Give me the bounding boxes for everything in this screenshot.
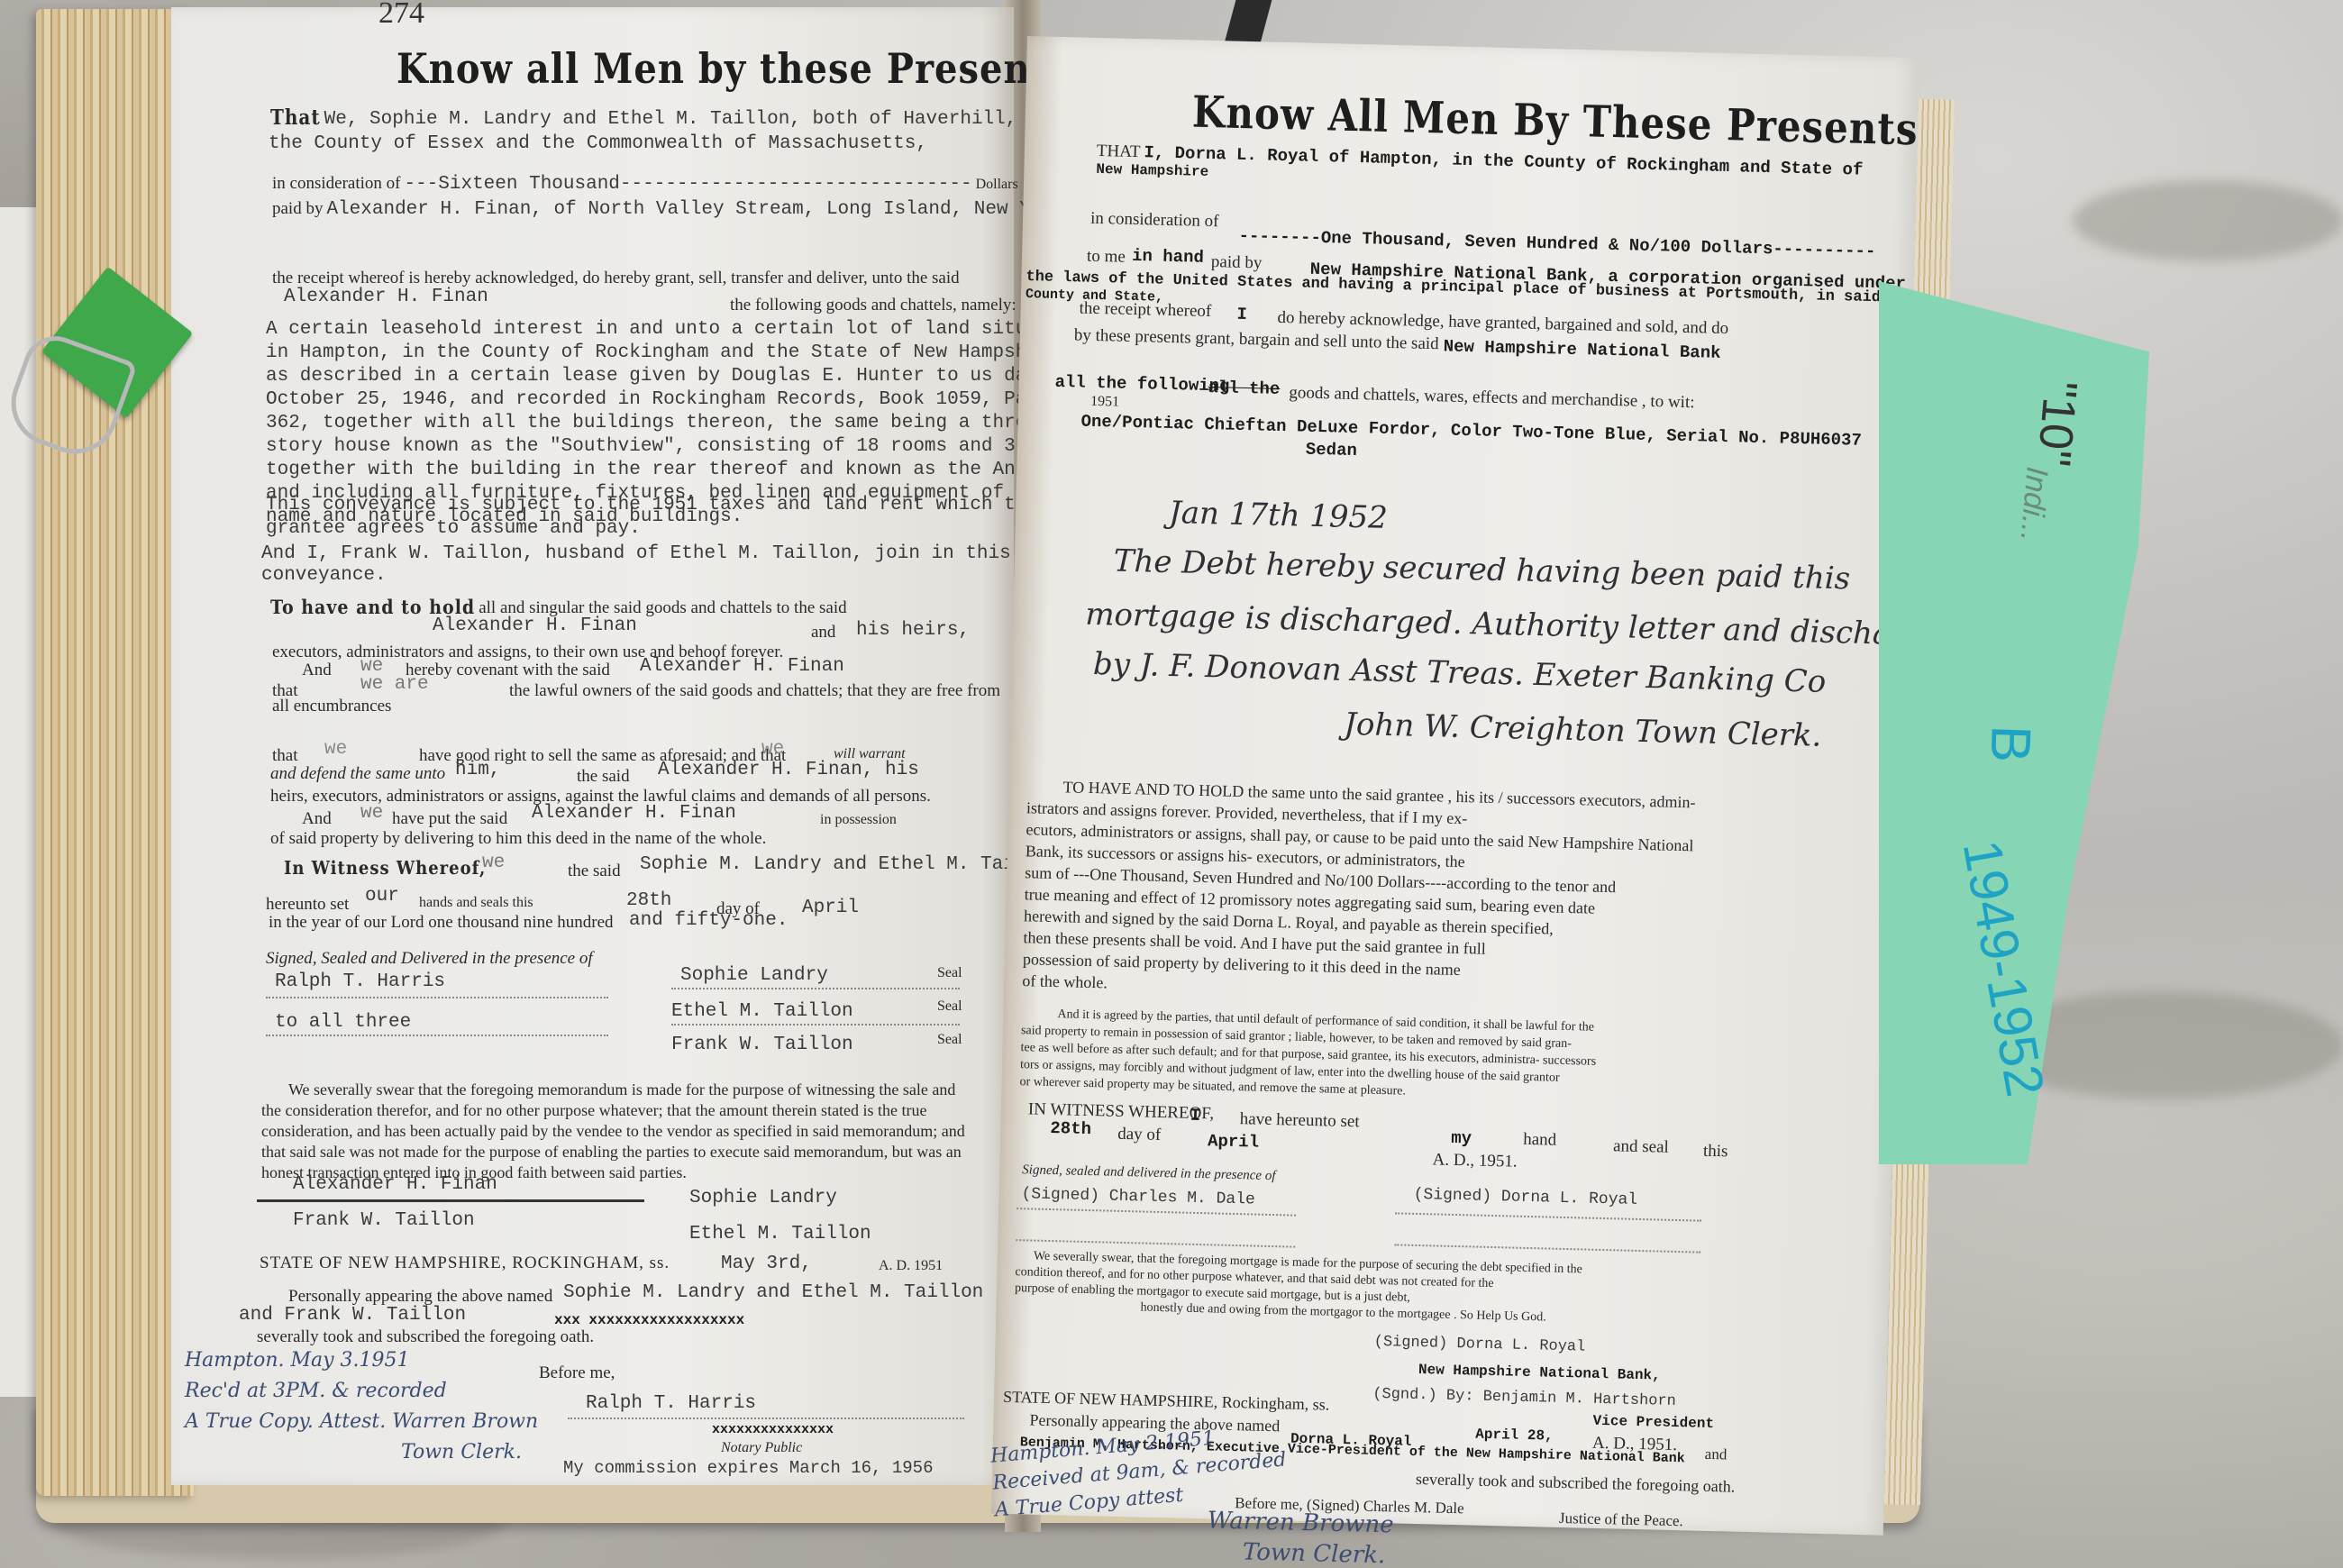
bank-name: New Hampshire National Bank, [1418, 1362, 1661, 1384]
goods-label: the following goods and chattels, namely… [730, 296, 1017, 315]
signature-line [1394, 1244, 1700, 1253]
husband-clause: And I, Frank W. Taillon, husband of Ethe… [261, 543, 1011, 587]
witness-ad: A. D., 1951. [1432, 1150, 1517, 1171]
paid-by-label: paid by [1211, 252, 1263, 273]
and-label: And [302, 661, 332, 680]
witness-signature: to all three [275, 1012, 411, 1033]
paid-by-value: Alexander H. Finan, of North Valley Stre… [326, 199, 1064, 220]
bank-signatory: (Sgnd.) By: Benjamin M. Hartshorn [1372, 1386, 1676, 1410]
habendum-grantee: Alexander H. Finan [433, 615, 637, 636]
signed-label: Signed, Sealed and Delivered in the pres… [266, 949, 593, 969]
to-me-label: to me [1087, 247, 1126, 268]
defend-grantee: Alexander H. Finan, his [658, 760, 919, 780]
witness-month: April [802, 898, 859, 918]
covenant-text: hereby covenant with the said [406, 661, 610, 680]
seal-label: Seal [937, 1032, 962, 1048]
notary-title: Notary Public [721, 1440, 802, 1456]
witness-signature: (Signed) Charles M. Dale [1021, 1185, 1255, 1208]
officer-name: Ralph T. Harris [586, 1393, 756, 1414]
item-description: One/Pontiac Chieftan DeLuxe Fordor, Colo… [1080, 412, 1862, 451]
and-label: and [811, 623, 835, 643]
right-page: Know All Men By These Presents THAT I, D… [991, 36, 1919, 1536]
ack-date: April 28, [1475, 1427, 1554, 1445]
struck-all-the: all the [1208, 378, 1280, 399]
before-me-label: Before me, [539, 1363, 615, 1383]
that-label: that [272, 746, 298, 766]
possession-text: in possession [820, 812, 897, 828]
paid-by-label: paid by [272, 199, 323, 218]
commission-expiry: My commission expires March 16, 1956 [563, 1458, 933, 1478]
page-number: 274 [378, 0, 424, 31]
year-label: in the year of our Lord one thousand nin… [269, 913, 614, 933]
grantee: New Hampshire National Bank [1443, 336, 1720, 363]
typed-we: we [761, 739, 784, 760]
oath-signature: Frank W. Taillon [293, 1210, 475, 1231]
binder-clip-top [1225, 0, 1272, 43]
typed-we: we [482, 852, 505, 873]
encumbrances-text: all encumbrances [272, 697, 391, 716]
signature-line [671, 988, 960, 989]
hand-label: hand [1523, 1130, 1556, 1151]
sticky-letter: B [1977, 725, 2042, 764]
receipt-label: the receipt whereof [1079, 299, 1211, 323]
left-page: 274 Know all Men by these Presents, That… [171, 7, 1014, 1485]
consideration-label: in consideration of [1090, 209, 1219, 232]
party-signature: Ethel M. Taillon [671, 1001, 853, 1022]
witness-signature: Ralph T. Harris [275, 971, 445, 992]
witness-names: Sophie M. Landry and Ethel M. Taillon [640, 854, 1060, 875]
grantor-state: New Hampshire [1096, 161, 1208, 180]
oath-signature: (Signed) Dorna L. Royal [1373, 1334, 1585, 1356]
set-label: have hereunto set [1239, 1109, 1359, 1132]
appearing-text: Personally appearing the above named [288, 1287, 552, 1307]
ack-date: May 3rd, [721, 1253, 812, 1274]
defend-text: and defend the same unto [270, 764, 445, 783]
set-label: hereunto set [266, 895, 349, 915]
struck-text: xxx xxxxxxxxxxxxxxxxxx [554, 1312, 744, 1328]
sticky-faint-text: Indi... [2013, 465, 2055, 542]
typed-my: my [1451, 1128, 1472, 1149]
ad-label: A. D. 1951 [879, 1258, 943, 1274]
discharge-note-line: The Debt hereby secured having been paid… [1113, 543, 1850, 597]
grantee: Alexander H. Finan [284, 287, 488, 307]
witness-year: and fifty-one. [629, 910, 788, 931]
and-label: and [1705, 1445, 1728, 1464]
the-said-label: the said [577, 767, 630, 787]
typed-our: our [365, 886, 399, 907]
that-label: THAT [1097, 141, 1141, 161]
day-of-label: day of [1117, 1125, 1162, 1145]
party-signature: Sophie Landry [680, 965, 828, 986]
consideration-label: in consideration of [272, 174, 400, 193]
signature-line [266, 1035, 608, 1036]
delivering-text: of said property by delivering to him th… [270, 829, 766, 849]
hands-seals-text: hands and seals this [419, 895, 533, 911]
signed-label: Signed, sealed and delivered in the pres… [1022, 1162, 1276, 1184]
oath-text: severally took and subscribed the forego… [257, 1327, 594, 1347]
heirs: his heirs, [856, 620, 970, 641]
typed-him: him, [455, 760, 500, 780]
dollars-label: Dollars [976, 177, 1018, 192]
discharge-note-line: by J. F. Donovan Asst Treas. Exeter Bank… [1093, 646, 1827, 700]
habendum-text: all and singular the said goods and chat… [479, 598, 846, 617]
typed-i: I [1190, 1106, 1201, 1126]
seal-label: Seal [937, 965, 962, 981]
witness-day: 28th [1050, 1118, 1091, 1139]
appearing-names-2: and Frank W. Taillon [239, 1305, 466, 1326]
oath-signature: Sophie Landry [689, 1188, 837, 1208]
oath-signature: Ethel M. Taillon [689, 1224, 871, 1244]
memorandum-oath: We severally swear that the foregoing me… [261, 1080, 965, 1183]
state-label: STATE OF NEW HAMPSHIRE, ROCKINGHAM, ss. [260, 1253, 670, 1273]
signature-line [266, 997, 608, 998]
typed-we: we [324, 739, 347, 760]
oath-signature: Alexander H. Finan [293, 1174, 497, 1195]
justice-title: Justice of the Peace. [1559, 1509, 1683, 1530]
the-said-label: the said [568, 861, 621, 881]
seal-label: and seal [1613, 1136, 1669, 1158]
appearing-names: Sophie M. Landry and Ethel M. Taillon [563, 1282, 983, 1303]
handwritten-recording-note: Hampton. May 3.1951 Rec'd at 3PM. & reco… [185, 1345, 538, 1468]
that-label: That [270, 105, 321, 130]
stone-texture [2073, 180, 2343, 261]
goods-text: goods and chattels, wares, effects and m… [1289, 383, 1695, 413]
typed-we: we [360, 803, 383, 824]
all-following: all the following [1054, 372, 1229, 397]
and-label: And [302, 809, 332, 829]
in-hand: in hand [1132, 246, 1204, 268]
discharge-date: Jan 17th 1952 [1169, 495, 1389, 536]
typed-i: I [1236, 305, 1247, 324]
seal-label: Seal [937, 998, 962, 1015]
put-text: have put the said [392, 809, 507, 829]
grantors: We, Sophie M. Landry and Ethel M. Taillo… [324, 109, 1052, 130]
signature-line [568, 1418, 964, 1419]
this-label: this [1703, 1142, 1728, 1162]
witness-label: In Witness Whereof, [284, 857, 486, 879]
discharge-signature: John W. Creighton Town Clerk. [1344, 707, 1822, 754]
possession-grantee: Alexander H. Finan [532, 803, 736, 824]
sticky-mark: "10" [2026, 378, 2087, 469]
discharge-note-line: mortgage is discharged. Authority letter… [1085, 597, 1944, 653]
witness-day: 28th [626, 890, 671, 911]
grantors-line-2: the County of Essex and the Commonwealth… [269, 133, 927, 154]
mortgage-oath: We severally swear, that the foregoing m… [1014, 1248, 1582, 1326]
habendum-clause: TO HAVE AND TO HOLD the same unto the sa… [1022, 775, 1696, 1007]
grantor-signature: (Signed) Dorna L. Royal [1413, 1186, 1637, 1209]
consideration-value: ---Sixteen Thousand---------------------… [404, 174, 971, 195]
typed-we-are: we are [360, 674, 429, 695]
party-signature: Frank W. Taillon [671, 1035, 853, 1055]
agreement-clause: And it is agreed by the parties, that un… [1019, 1005, 1597, 1105]
oath-text: severally took and subscribed the forego… [1416, 1470, 1736, 1497]
consideration-value: --------One Thousand, Seven Hundred & No… [1238, 226, 1875, 261]
receipt-clause: the receipt whereof is hereby acknowledg… [272, 269, 960, 288]
book-page-edges [36, 9, 194, 1496]
signatory-title: Vice President [1592, 1413, 1714, 1432]
struck-title: xxxxxxxxxxxxxxx [712, 1422, 834, 1437]
signature-line [671, 1024, 960, 1026]
covenant-grantee: Alexander H. Finan [640, 656, 844, 677]
signature-line [1395, 1212, 1701, 1221]
item-body-style: Sedan [1306, 440, 1358, 460]
item-year: 1951 [1090, 394, 1119, 411]
witness-month: April [1208, 1131, 1260, 1152]
signature-line [1016, 1239, 1295, 1248]
signature-line [257, 1199, 644, 1202]
page-heading: Know All Men By These Presents [1191, 90, 1919, 153]
page-heading: Know all Men by these Presents, [397, 48, 1082, 90]
subject-to-clause: This conveyance is subject to the 1951 t… [266, 494, 1038, 541]
owners-text: the lawful owners of the said goods and … [509, 681, 1000, 701]
town-clerk-signature: Warren Browne Town Clerk. [1207, 1505, 1394, 1568]
